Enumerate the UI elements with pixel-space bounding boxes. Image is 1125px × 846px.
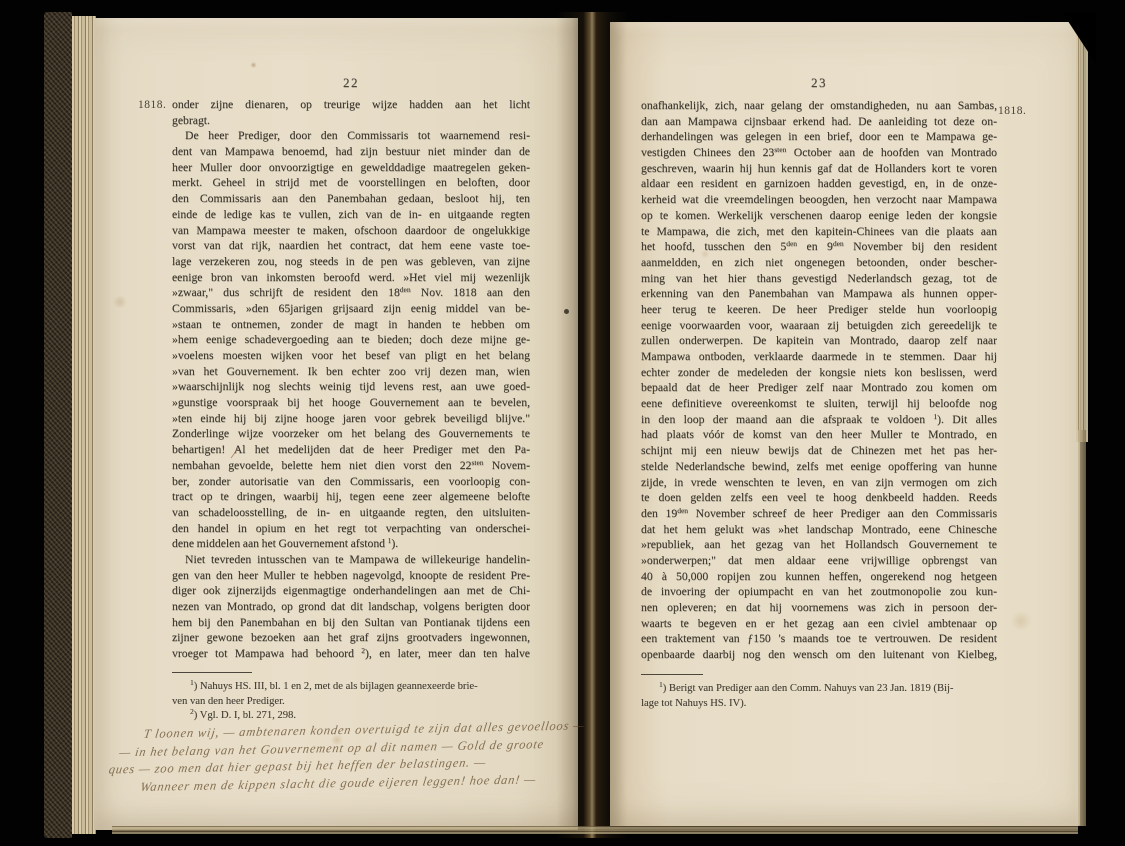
page-edge-right-lower <box>1078 430 1086 826</box>
text-line: Zonderlinge wijze voorzeker om het belan… <box>172 426 530 442</box>
text-line: aldaar een resident en garnizoen hadden … <box>641 176 997 192</box>
text-line: hem bij den Panembahan en bij den Sultan… <box>172 615 530 631</box>
text-line: behartigen! Al het medelijden dat de hee… <box>172 442 530 458</box>
text-line: op te komen. Werkelijk verschenen daarop… <box>641 208 997 224</box>
text-line: »voelens moesten wijken voor het besef v… <box>172 348 530 364</box>
margin-year-right: 1818. <box>998 105 1026 117</box>
page-stack-right-edge <box>1076 22 1088 442</box>
text-line: derhandelingen was gelegen in een brief,… <box>641 129 997 145</box>
text-line: »gunstige voorspraak bij het hooge Gouve… <box>172 395 530 411</box>
text-line: »zwaar," dus schrijft de resident den 18… <box>172 285 530 301</box>
text-line: dan aan Mampawa cijnsbaar erkend had. De… <box>641 114 997 130</box>
footnote-rule-right <box>641 674 703 675</box>
text-line: onafhankelijk, zich, naar gelang der oms… <box>641 98 997 114</box>
footnote-rule-left <box>172 672 252 673</box>
text-line: 1) Berigt van Prediger aan den Comm. Nah… <box>641 682 997 697</box>
page-number-left: 22 <box>172 75 530 91</box>
text-line: eenige voorwaarden voor, waaraan zij bet… <box>641 318 997 334</box>
right-page-body: onafhankelijk, zich, naar gelang der oms… <box>641 98 997 663</box>
page-stack-left-edge <box>72 16 96 834</box>
text-line: 1) Nahuys HS. III, bl. 1 en 2, met de al… <box>172 680 530 695</box>
text-line: een traktement van ƒ150 's maands toe te… <box>641 631 997 647</box>
text-line: van schadeloosstelling, de in- en uitgaa… <box>172 505 530 521</box>
text-line: aanmeldden, en zich niet ongenegen betoo… <box>641 255 997 271</box>
left-page-body: onder zijne dienaren, op treurige wijze … <box>172 97 530 662</box>
text-line: »van het Gouvernement. Ik ben echter zoo… <box>172 364 530 380</box>
text-line: eenige bron van inkomsten beroofd werd. … <box>172 270 530 286</box>
text-line: einde de ledige kas te vullen, zich van … <box>172 207 530 223</box>
text-line: tract op te dringen, waarbij hij, tegen … <box>172 489 530 505</box>
text-line: merkt. Geheel in strijd met de voorstell… <box>172 175 530 191</box>
text-line: van Mampawa meester te maken, ofschoon d… <box>172 223 530 239</box>
right-page-footnotes: 1) Berigt van Prediger aan den Comm. Nah… <box>641 682 997 711</box>
text-line: kerheid wat die vreemdelingen beoogden, … <box>641 192 997 208</box>
text-line: eene definitieve overeenkomst te sluiten… <box>641 396 997 412</box>
text-line: »staan te ontnemen, zonder de magt in ha… <box>172 317 530 333</box>
text-line: lage verzekeren zou, nog steeds in de pe… <box>172 254 530 270</box>
text-line: onder zijne dienaren, op treurige wijze … <box>172 97 530 113</box>
text-line: heer terug te keeren. De heer Prediger s… <box>641 302 997 318</box>
text-line: ming van het hier thans gevestigd Nederl… <box>641 271 997 287</box>
text-line: gebragt. <box>172 113 530 129</box>
page-number-right: 23 <box>641 75 997 91</box>
text-line: »onderwerpen;" dat men aldaar eene vrijw… <box>641 553 997 569</box>
text-line: den handel in opium en het regt tot verp… <box>172 521 530 537</box>
text-line: zullen onderwerpen. De kapitein van Mont… <box>641 333 997 349</box>
text-line: vroeger tot Mampawa had behoord 2), en l… <box>172 646 530 662</box>
text-line: dene middelen aan het Gouvernement afsto… <box>172 536 530 552</box>
text-line: gen van den heer Muller te hebben nagevo… <box>172 568 530 584</box>
text-line: vestigden Chinees den 23sten October aan… <box>641 145 997 161</box>
book-scan: 22 1818. onder zijne dienaren, op treuri… <box>0 0 1125 846</box>
text-line: nen opleveren; en dat hij voornemens was… <box>641 600 997 616</box>
text-line: ven van den heer Prediger. <box>172 695 530 710</box>
text-line: »republiek, aan het gezag van het Hollan… <box>641 537 997 553</box>
text-line: bepaald dat de heer Prediger zelf naar M… <box>641 380 997 396</box>
text-line: waarts te begeven en er het gezag aan ee… <box>641 616 997 632</box>
text-line: de invoering der opiumpacht en van het z… <box>641 584 997 600</box>
text-line: nembahan gevoelde, belette hem niet dien… <box>172 458 530 474</box>
text-line: De heer Prediger, door den Commissaris t… <box>172 128 530 144</box>
text-line: »hem eenige schadevergoeding aan te bied… <box>172 332 530 348</box>
ink-dot <box>564 309 569 314</box>
text-line: schijnt mij een nieuw bewijs dat de Chin… <box>641 443 997 459</box>
text-line: lage tot Nahuys HS. IV). <box>641 697 997 712</box>
text-line: zijner gewone bezoeken aan het graf zijn… <box>172 630 530 646</box>
book-cover-edge <box>44 12 72 838</box>
text-line: den Commissaris aan den Panembahan gedaa… <box>172 191 530 207</box>
text-line: te Mampawa, die zich, met den kapitein-C… <box>641 224 997 240</box>
left-page-footnotes: 1) Nahuys HS. III, bl. 1 en 2, met de al… <box>172 680 530 724</box>
text-line: geschreven, waarin hij hun kennis gaf da… <box>641 161 997 177</box>
left-page: 22 1818. onder zijne dienaren, op treuri… <box>94 18 578 830</box>
text-line: diger ook zijnerzijds eigenmagtige onder… <box>172 583 530 599</box>
margin-year-left: 1818. <box>138 99 166 111</box>
text-line: vorst van dat rijk, naardien het contrac… <box>172 238 530 254</box>
text-line: zijde, in vrede wenschten te leven, en v… <box>641 475 997 491</box>
handwritten-annotation: T loonen wij, — ambtenaren konden overtu… <box>105 717 585 796</box>
text-line: nezen van Montrado, op grond dat dit lan… <box>172 599 530 615</box>
text-line: Mampawa ontboden, verklaarde daarmede in… <box>641 349 997 365</box>
text-line: openbaarde daarbij nog den wensch om den… <box>641 647 997 663</box>
text-line: in den loop der maand aan die afspraak t… <box>641 412 997 428</box>
text-line: dat het hem gelukt was »het landschap Mo… <box>641 522 997 538</box>
text-line: echter zonder de medeleden der kongsie n… <box>641 365 997 381</box>
pencil-mark: / <box>231 445 247 463</box>
text-line: heer Muller door onvoorzigtige en geweld… <box>172 160 530 176</box>
text-line: den 19den November schreef de heer Predi… <box>641 506 997 522</box>
text-line: Commissaris, »den 65jarigen grijsaard zi… <box>172 301 530 317</box>
text-line: Niet tevreden intusschen van te Mampawa … <box>172 552 530 568</box>
text-line: erkenning van den Panembahan van Mampawa… <box>641 286 997 302</box>
bottom-page-edges <box>112 826 1078 834</box>
text-line: dent van Mampawa benoemd, had zijn bestu… <box>172 144 530 160</box>
text-line: 40 à 50,000 ropijen zou kunnen heffen, o… <box>641 569 997 585</box>
right-page: 23 1818. onafhankelijk, zich, naar gelan… <box>610 22 1080 826</box>
text-line: stelde Nederlandsche bewind, zelfs met e… <box>641 459 997 475</box>
text-line: had plaats vóór de komst van den heer Mu… <box>641 427 997 443</box>
text-line: het hoofd, tusschen den 5den en 9den Nov… <box>641 239 997 255</box>
text-line: »waarschijnlijk nog slechts weinig tijd … <box>172 379 530 395</box>
text-line: te doen gelden zelfs een veel te hoog de… <box>641 490 997 506</box>
text-line: ber, zonder autorisatie van den Commissa… <box>172 474 530 490</box>
text-line: »ten einde hij bij zijne hooge jaren voo… <box>172 411 530 427</box>
